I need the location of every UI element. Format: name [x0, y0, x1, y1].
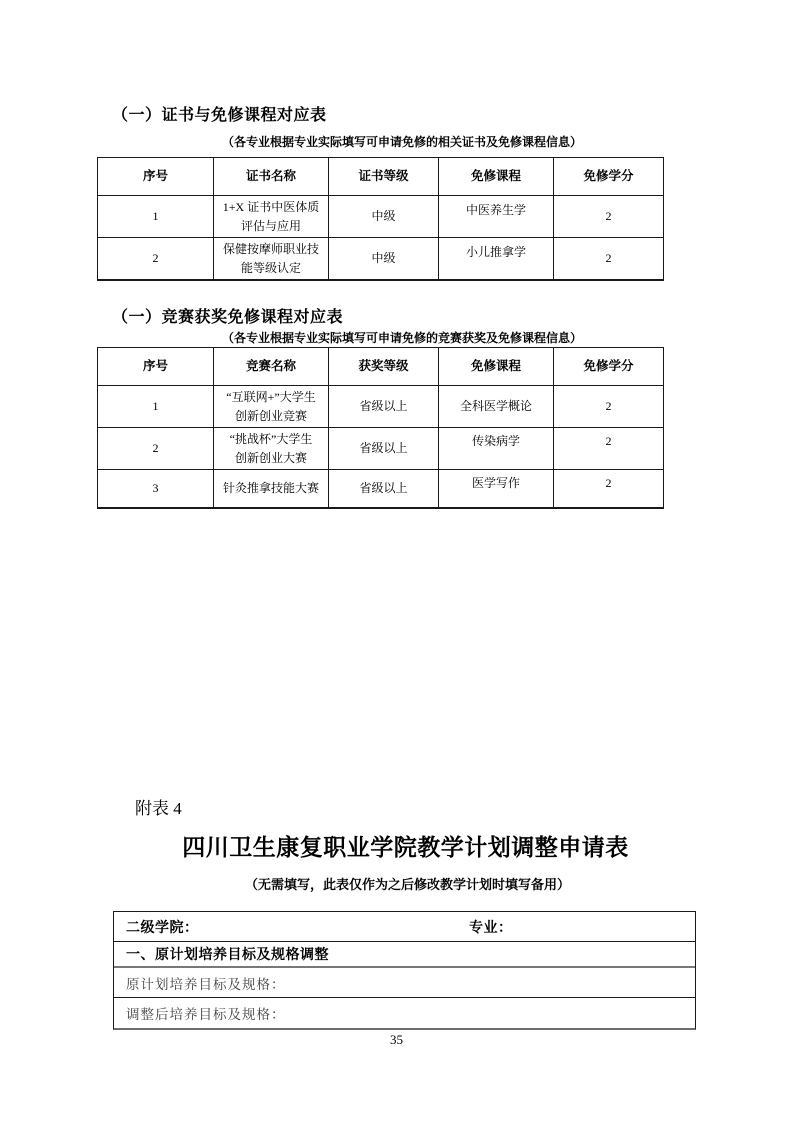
comp-header-level: 获奖等级 [329, 348, 439, 386]
cell-exempt-credit: 2 [554, 196, 664, 238]
cell-exempt-course: 医学写作 [439, 470, 554, 508]
comp-header-name: 竞赛名称 [214, 348, 329, 386]
cell-cert-level: 中级 [329, 196, 439, 238]
cert-header-level: 证书等级 [329, 158, 439, 196]
comp-header-course: 免修课程 [439, 348, 554, 386]
cell-exempt-credit: 2 [554, 428, 664, 470]
cell-seq: 2 [98, 428, 214, 470]
appendix-title: 四川卫生康复职业学院教学计划调整申请表 [0, 830, 793, 864]
cert-header-seq: 序号 [98, 158, 214, 196]
cert-section-heading: （一）证书与免修课程对应表 [112, 104, 327, 128]
cell-cert-name: 保健按摩师职业技 能等级认定 [214, 238, 329, 281]
cell-seq: 1 [98, 386, 214, 428]
cell-award-level: 省级以上 [329, 470, 439, 508]
cell-seq: 1 [98, 196, 214, 238]
cell-seq: 2 [98, 238, 214, 281]
cert-table: 序号 证书名称 证书等级 免修课程 免修学分 1 1+X 证书中医体质 评估与应… [97, 157, 664, 281]
cell-comp-name: “挑战杯”大学生 创新创业大赛 [214, 428, 329, 470]
cert-header-name: 证书名称 [214, 158, 329, 196]
form-row-adjusted: 调整后培养目标及规格： [114, 998, 695, 1028]
section1-title: 一、原计划培养目标及规格调整 [126, 944, 329, 964]
cert-table-row: 2 保健按摩师职业技 能等级认定 中级 小儿推拿学 2 [98, 238, 664, 281]
comp-header-credit: 免修学分 [554, 348, 664, 386]
form-row-original: 原计划培养目标及规格： [114, 968, 695, 998]
comp-table-row: 2 “挑战杯”大学生 创新创业大赛 省级以上 传染病学 2 [98, 428, 664, 470]
cell-exempt-course: 中医养生学 [439, 196, 554, 238]
comp-table: 序号 竞赛名称 获奖等级 免修课程 免修学分 1 “互联网+”大学生 创新创业竞… [97, 347, 664, 509]
document-page: （一）证书与免修课程对应表 （各专业根据专业实际填写可申请免修的相关证书及免修课… [0, 0, 793, 1122]
comp-table-row: 1 “互联网+”大学生 创新创业竞赛 省级以上 全科医学概论 2 [98, 386, 664, 428]
original-goal-label: 原计划培养目标及规格： [126, 973, 286, 993]
cert-table-row: 1 1+X 证书中医体质 评估与应用 中级 中医养生学 2 [98, 196, 664, 238]
cert-header-course: 免修课程 [439, 158, 554, 196]
major-label: 专业： [469, 912, 513, 941]
cert-header-credit: 免修学分 [554, 158, 664, 196]
cert-table-header-row: 序号 证书名称 证书等级 免修课程 免修学分 [98, 158, 664, 196]
adjustment-form-table: 二级学院： 专业： 一、原计划培养目标及规格调整 原计划培养目标及规格： 调整后… [113, 911, 696, 1030]
cell-cert-name: 1+X 证书中医体质 评估与应用 [214, 196, 329, 238]
cell-exempt-course: 小儿推拿学 [439, 238, 554, 281]
cell-comp-name: “互联网+”大学生 创新创业竞赛 [214, 386, 329, 428]
college-label: 二级学院： [126, 917, 199, 937]
adjusted-goal-label: 调整后培养目标及规格： [126, 1003, 286, 1023]
cell-award-level: 省级以上 [329, 386, 439, 428]
appendix-label: 附表 4 [135, 799, 182, 819]
cell-award-level: 省级以上 [329, 428, 439, 470]
cell-exempt-credit: 2 [554, 470, 664, 508]
comp-table-header-row: 序号 竞赛名称 获奖等级 免修课程 免修学分 [98, 348, 664, 386]
cell-exempt-course: 全科医学概论 [439, 386, 554, 428]
cell-cert-level: 中级 [329, 238, 439, 281]
cell-seq: 3 [98, 470, 214, 508]
comp-table-row: 3 针灸推拿技能大赛 省级以上 医学写作 2 [98, 470, 664, 508]
form-row-section1-title: 一、原计划培养目标及规格调整 [114, 942, 695, 968]
cell-exempt-credit: 2 [554, 238, 664, 281]
cell-exempt-credit: 2 [554, 386, 664, 428]
comp-section-heading: （一）竞赛获奖免修课程对应表 [112, 306, 343, 330]
page-number: 35 [0, 1032, 793, 1048]
appendix-note: （无需填写，此表仅作为之后修改教学计划时填写备用） [0, 876, 793, 894]
comp-header-seq: 序号 [98, 348, 214, 386]
comp-section-subtitle: （各专业根据专业实际填写可申请免修的竞赛获奖及免修课程信息） [222, 330, 582, 346]
cert-section-subtitle: （各专业根据专业实际填写可申请免修的相关证书及免修课程信息） [222, 134, 582, 150]
form-row-college-major: 二级学院： 专业： [114, 912, 695, 942]
cell-comp-name: 针灸推拿技能大赛 [214, 470, 329, 508]
cell-exempt-course: 传染病学 [439, 428, 554, 470]
